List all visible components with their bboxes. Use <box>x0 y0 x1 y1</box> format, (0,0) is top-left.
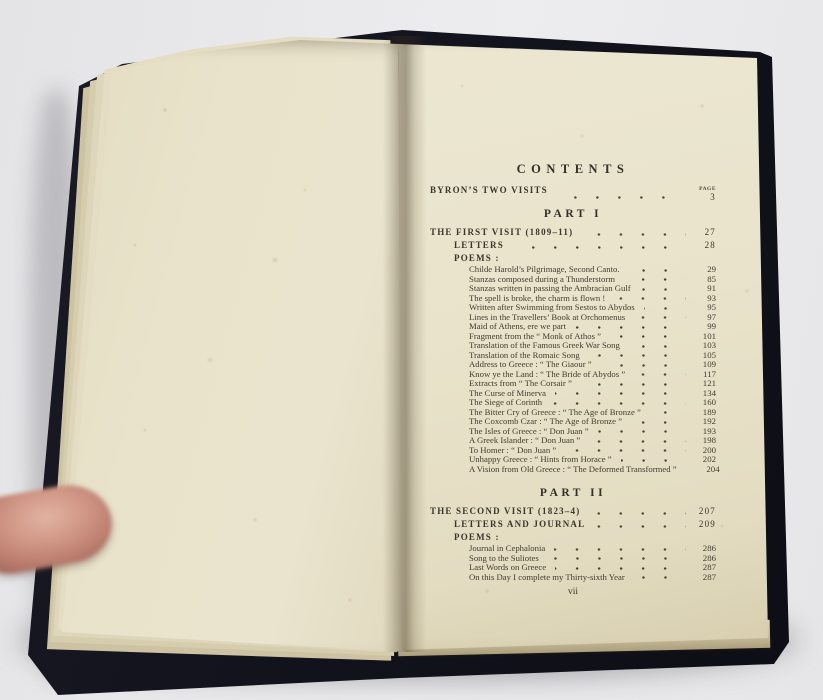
dot-leader <box>555 392 686 395</box>
toc-entry-label: BYRON’S TWO VISITS <box>430 184 548 197</box>
toc-entry-label: LETTERS <box>454 239 504 252</box>
toc-row: LETTERS28 <box>454 239 716 252</box>
toc-rows: THE SECOND VISIT (1823–4)207LETTERS AND … <box>430 505 716 582</box>
part-heading: PART II <box>430 486 716 500</box>
contents-page: CONTENTS BYRON’S TWO VISITS PAGE 3 PART … <box>392 36 770 652</box>
toc-entry-page: 28 <box>690 239 716 252</box>
dot-leader <box>634 576 686 579</box>
dot-leader <box>601 364 686 367</box>
dot-leader <box>650 411 686 414</box>
dot-leader <box>621 459 686 462</box>
part-section-1: PART I THE FIRST VISIT (1809–11)27LETTER… <box>430 207 716 474</box>
dot-leader <box>631 421 686 424</box>
toc-rows: THE FIRST VISIT (1809–11)27LETTERS28POEM… <box>430 226 716 474</box>
toc-row: A Vision from Old Greece : “ The Deforme… <box>469 465 716 475</box>
toc-entry-page: 209 <box>690 518 716 531</box>
toc-entry-label: THE SECOND VISIT (1823–4) <box>430 505 580 518</box>
toc-row: LETTERS AND JOURNAL209 <box>454 518 716 531</box>
toc-entry-label: LETTERS AND JOURNAL <box>454 518 585 531</box>
dot-leader <box>644 307 686 310</box>
dot-leader <box>557 196 684 199</box>
part-heading: PART I <box>430 207 716 221</box>
dot-leader <box>551 402 686 405</box>
dot-leader <box>589 440 686 443</box>
dot-leader <box>582 233 686 236</box>
dot-leader <box>640 288 686 291</box>
dot-leader <box>594 525 686 528</box>
toc-entry-page: 287 <box>690 573 716 583</box>
dot-leader <box>598 430 686 433</box>
dot-leader <box>610 335 686 338</box>
toc-entry-page: 27 <box>690 226 716 239</box>
dot-leader <box>565 449 686 452</box>
dot-leader <box>575 326 686 329</box>
dot-leader <box>548 557 686 560</box>
dot-leader <box>554 548 686 551</box>
toc-row: On this Day I complete my Thirty-sixth Y… <box>469 573 716 583</box>
table-of-contents: CONTENTS BYRON’S TWO VISITS PAGE 3 PART … <box>430 162 716 597</box>
toc-row: BYRON’S TWO VISITS PAGE 3 <box>430 184 716 202</box>
dot-leader <box>634 373 686 376</box>
toc-entry-label: On this Day I complete my Thirty-sixth Y… <box>469 573 625 583</box>
page-number-column: PAGE 3 <box>688 184 716 202</box>
toc-entry-page: 207 <box>690 505 716 518</box>
dot-leader <box>589 354 686 357</box>
dot-leader <box>624 278 686 281</box>
page-title: CONTENTS <box>430 162 716 177</box>
dot-leader <box>589 512 686 515</box>
dot-leader <box>555 567 686 570</box>
toc-row: THE SECOND VISIT (1823–4)207 <box>430 505 716 518</box>
dot-leader <box>629 345 686 348</box>
part-section-2: PART II THE SECOND VISIT (1823–4)207LETT… <box>430 486 716 582</box>
dot-leader <box>686 468 690 471</box>
folio-page-number: vii <box>430 587 716 597</box>
toc-entry-label: A Vision from Old Greece : “ The Deforme… <box>469 465 677 475</box>
toc-entry-page: 204 <box>694 465 720 475</box>
dot-leader <box>513 246 686 249</box>
dot-leader <box>634 316 686 319</box>
photo-open-book: CONTENTS BYRON’S TWO VISITS PAGE 3 PART … <box>0 0 823 700</box>
toc-row: THE FIRST VISIT (1809–11)27 <box>430 226 716 239</box>
toc-entry-label: THE FIRST VISIT (1809–11) <box>430 226 573 239</box>
dot-leader <box>614 297 686 300</box>
dot-leader <box>581 383 686 386</box>
toc-entry-page: 3 <box>690 192 716 202</box>
dot-leader <box>629 269 686 272</box>
